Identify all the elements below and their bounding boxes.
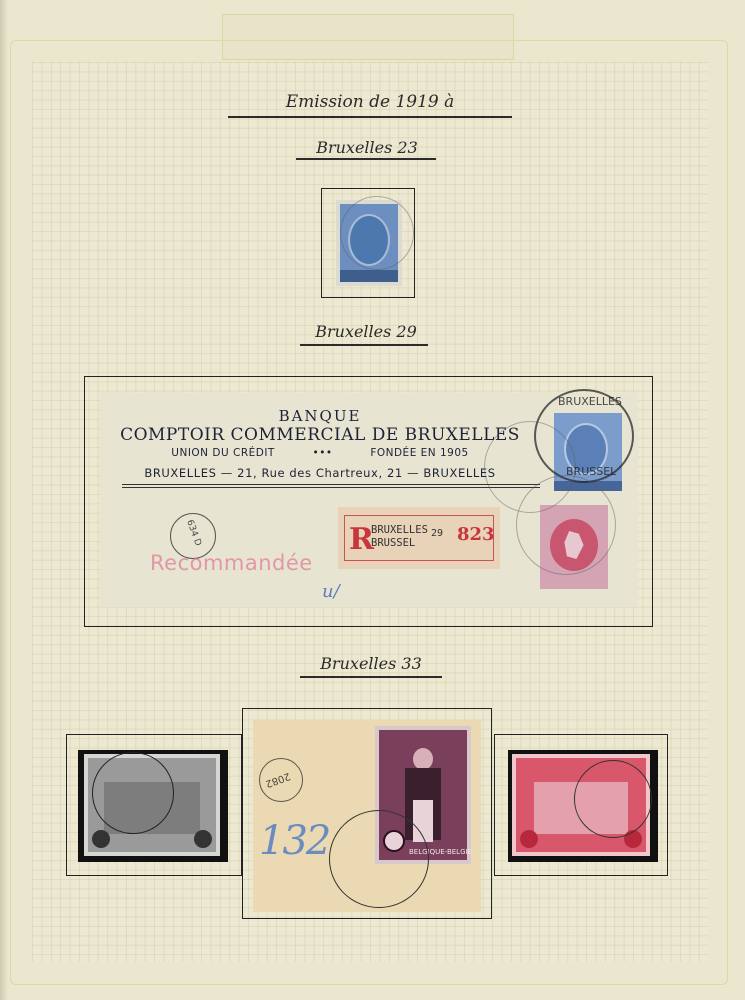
postmark-cancel bbox=[340, 196, 414, 270]
letterhead-subtitle: UNION DU CRÉDIT ••• FONDÉE EN 1905 bbox=[100, 447, 540, 459]
title-underline bbox=[228, 116, 512, 118]
postmark-bruxelles-33 bbox=[92, 752, 174, 834]
office-line-1: BRUXELLES bbox=[371, 524, 428, 537]
page-edge-shadow bbox=[0, 0, 8, 1000]
section-heading-bruxelles-29: Bruxelles 29 bbox=[296, 322, 436, 341]
letterhead-separator: ••• bbox=[313, 447, 333, 459]
cover-fragment: 2082 132 BELGIQUE-BELGIE bbox=[253, 720, 481, 912]
postmark-bruxelles-33-red bbox=[574, 760, 652, 838]
section-heading-bruxelles-23: Bruxelles 23 bbox=[294, 138, 440, 157]
office-number: 29 bbox=[431, 528, 443, 539]
section-2-underline bbox=[300, 344, 428, 346]
letterhead-line-1: BANQUE bbox=[100, 407, 540, 425]
letterhead-rule bbox=[122, 484, 540, 485]
recommande-stamp: Recommandée bbox=[150, 551, 313, 575]
letterhead-union: UNION DU CRÉDIT bbox=[171, 447, 275, 459]
blue-crayon-mark: 132 bbox=[259, 818, 329, 864]
registration-label: R BRUXELLES BRUSSEL 29 823 bbox=[338, 507, 500, 569]
section-3-underline bbox=[300, 676, 442, 678]
album-page: Emission de 1919 à Bruxelles 23 Bruxelle… bbox=[0, 0, 745, 1000]
letterhead-bank-name: COMPTOIR COMMERCIAL DE BRUXELLES bbox=[100, 425, 540, 445]
section-1-underline bbox=[296, 158, 436, 160]
letterhead-address: BRUXELLES — 21, Rue des Chartreux, 21 — … bbox=[100, 466, 540, 480]
letterhead-rule bbox=[122, 487, 540, 488]
letterhead-founded: FONDÉE EN 1905 bbox=[370, 447, 468, 459]
registered-cover: BANQUE COMPTOIR COMMERCIAL DE BRUXELLES … bbox=[100, 393, 638, 607]
section-heading-bruxelles-33: Bruxelles 33 bbox=[298, 654, 444, 673]
registration-number: 823 bbox=[457, 524, 495, 545]
postmark-text: BRUSSEL bbox=[566, 465, 616, 478]
pencil-mark: u/ bbox=[322, 581, 340, 602]
postmark-bruxelles-33-1931 bbox=[329, 810, 429, 908]
page-title: Emission de 1919 à bbox=[228, 92, 512, 112]
registration-office: BRUXELLES BRUSSEL bbox=[371, 524, 428, 550]
office-line-2: BRUSSEL bbox=[371, 537, 428, 550]
postmark-lion-stamp bbox=[516, 475, 616, 575]
postmark-text: BRUXELLES bbox=[558, 395, 622, 408]
registration-label-frame: R BRUXELLES BRUSSEL 29 823 bbox=[344, 515, 494, 561]
